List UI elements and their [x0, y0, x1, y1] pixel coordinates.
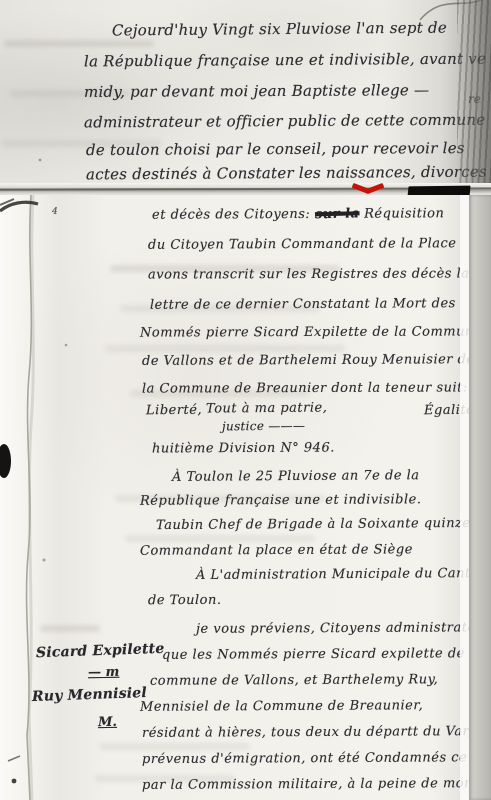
motto-justice: justice ——— [222, 419, 305, 434]
manuscript-line: résidant à hières, tous deux du départt … [142, 724, 473, 741]
page-edge-shadow [469, 195, 491, 800]
manuscript-line: midy, par devant moi jean Baptiste elleg… [84, 81, 429, 101]
manuscript-line: République française une et indivisible. [140, 492, 422, 508]
manuscript-line: À Toulon le 25 Pluviose an 7e de la [172, 468, 420, 485]
manuscript-line: de Vallons et de Barthelemi Rouy Menuisi… [142, 352, 475, 369]
manuscript-line: et décès des Citoyens: sur la Réquisitio… [152, 206, 444, 223]
manuscript-line: prévenus d'émigration, ont été Condamnés… [142, 750, 491, 767]
manuscript-line: de toulon choisi par le conseil, pour re… [86, 139, 465, 159]
ink-speck [39, 159, 42, 162]
scanned-register-page: Cejourd'huy Vingt six Pluviose l'an sept… [0, 0, 491, 800]
motto-patrie: Tout à ma patrie, [206, 400, 327, 416]
manuscript-line: la Commune de Breaunier dont la teneur s… [142, 380, 468, 396]
manuscript-line: Mennisiel de la Commune de Breaunier, [140, 698, 423, 714]
page-gutter-shadow [457, 0, 491, 184]
margin-note-mark: — m [88, 665, 120, 681]
manuscript-line: actes destinés à Constater les naissance… [86, 163, 487, 184]
manuscript-line: commune de Vallons, et Barthelemy Ruy, [150, 672, 438, 689]
paper-crease-shadow [29, 195, 33, 800]
motto-liberte: Liberté, [146, 403, 202, 418]
page-corner-mark: 4 [52, 207, 58, 217]
manuscript-line: lettre de ce dernier Constatant la Mort … [150, 296, 456, 313]
manuscript-line: la République française une et indivisib… [84, 50, 486, 71]
manuscript-line: Cejourd'huy Vingt six Pluviose l'an sept… [112, 19, 447, 40]
manuscript-line: Taubin Chef de Brigade à la Soixante qui… [156, 516, 471, 533]
red-chevron-marker-icon [353, 184, 383, 195]
manuscript-line: je vous préviens, Citoyens administrateu… [196, 620, 491, 637]
ink-speck [65, 344, 68, 347]
ink-speck [8, 756, 20, 761]
manuscript-line: du Citoyen Taubin Commandant de la Place [148, 236, 457, 253]
manuscript-line: À L'administration Municipale du Canton [196, 566, 488, 583]
manuscript-line: administrateur et officier public de cet… [84, 111, 486, 132]
ink-speck [12, 779, 17, 784]
ink-speck [43, 559, 46, 562]
bottom-photo-strip: 4 et décès des Citoyens: sur la Réquisit… [0, 195, 491, 800]
ink-blot [0, 444, 11, 478]
manuscript-line: Commandant la place en état de Siège [140, 542, 413, 558]
manuscript-line: de Toulon. [148, 593, 222, 608]
manuscript-line: Nommés pierre Sicard Expilette de la Com… [140, 324, 482, 340]
requisition-after: Réquisition [359, 206, 444, 221]
manuscript-line: par la Commission militaire, à la peine … [142, 776, 481, 793]
page-edge-highlight [460, 195, 469, 800]
manuscript-line: avons transcrit sur les Registres des dé… [148, 266, 470, 282]
manuscript-line: que les Nommés pierre Sicard expilette d… [162, 646, 482, 663]
margin-note-mark: M. [98, 715, 117, 730]
requisition-before: et décès des Citoyens: [152, 207, 315, 223]
top-photo-strip: Cejourd'huy Vingt six Pluviose l'an sept… [0, 0, 491, 184]
division-number-line: huitième Division N° 946. [152, 441, 335, 457]
struck-words: sur la [315, 206, 360, 222]
